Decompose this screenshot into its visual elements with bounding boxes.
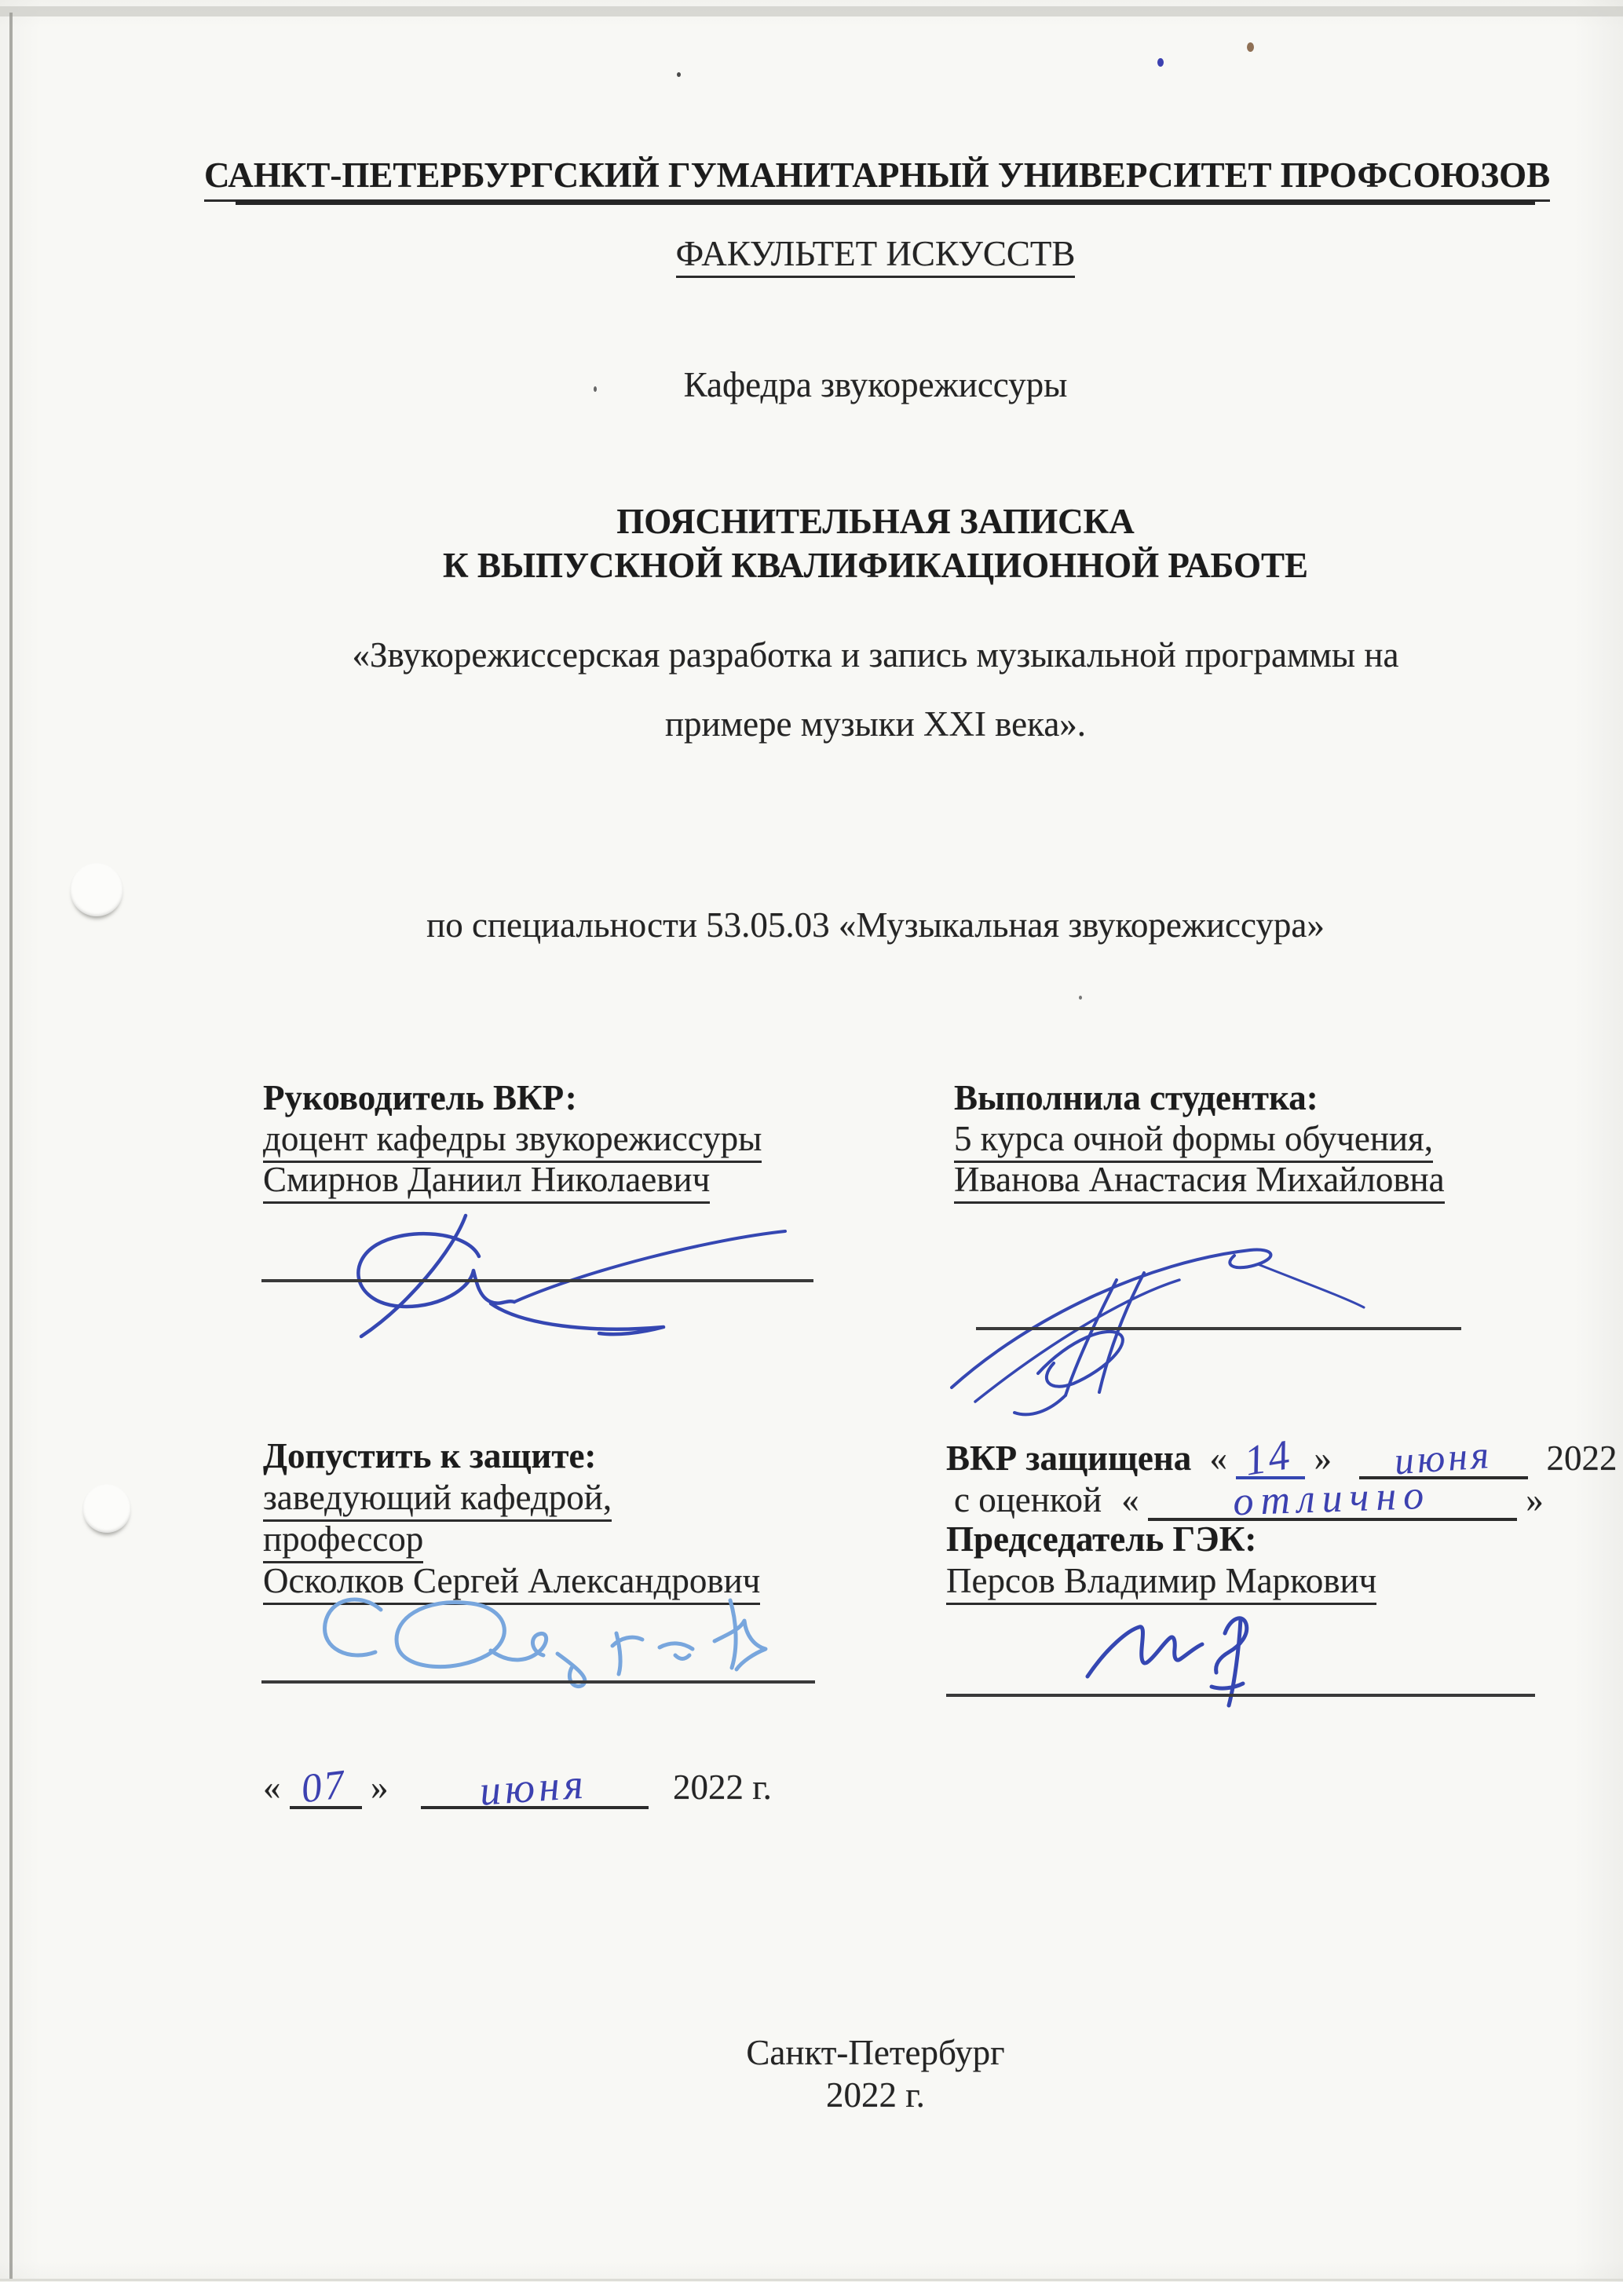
admission-day-handwritten: 07 [299,1764,349,1811]
admission-label: Допустить к защите: [263,1435,760,1477]
defense-day-slot: 14 [1236,1435,1305,1479]
student-label: Выполнила студентка: [954,1077,1445,1118]
supervisor-position: доцент кафедры звукорежиссуры [263,1119,762,1163]
admission-day-slot: 07 [290,1765,362,1809]
speck-brown [1247,42,1254,52]
defense-quote-open: « [1210,1439,1228,1478]
signature-department-head [306,1586,777,1688]
header-rule [236,200,1535,205]
punch-hole-bottom [82,1484,131,1533]
admission-position2-line: профессор [263,1519,760,1560]
chair-label: Председатель ГЭК: [946,1519,1623,1560]
doc-title-text1: ПОЯСНИТЕЛЬНАЯ ЗАПИСКА [616,502,1135,541]
university-header-line: САНКТ-ПЕТЕРБУРГСКИЙ ГУМАНИТАРНЫЙ УНИВЕРС… [204,153,1547,197]
defense-day-handwritten: 14 [1242,1434,1295,1482]
defense-date-line: ВКР защищена « 14 » июня 2022 г. [946,1435,1623,1477]
faculty-line: ФАКУЛЬТЕТ ИСКУССТВ [204,232,1547,276]
defense-block: ВКР защищена « 14 » июня 2022 г. с оценк… [946,1435,1623,1602]
footer-year-line: 2022 г. [204,2073,1547,2117]
scanned-thesis-title-page: САНКТ-ПЕТЕРБУРГСКИЙ ГУМАНИТАРНЫЙ УНИВЕРС… [0,0,1623,2296]
signature-line-student [976,1327,1461,1330]
student-block: Выполнила студентка: 5 курса очной формы… [954,1077,1445,1200]
university-name: САНКТ-ПЕТЕРБУРГСКИЙ ГУМАНИТАРНЫЙ УНИВЕРС… [204,155,1550,202]
supervisor-name-line: Смирнов Даниил Николаевич [263,1159,762,1200]
student-name-line: Иванова Анастасия Михайловна [954,1159,1445,1200]
footer-year: 2022 г. [826,2075,925,2115]
department-name: Кафедра звукорежиссуры [684,365,1068,404]
thesis-title-line2: примере музыки XXI века». [204,702,1547,746]
department-line: Кафедра звукорежиссуры [204,363,1547,407]
thesis-title-line1: «Звукорежиссерская разработка и запись м… [204,633,1547,677]
student-course-line: 5 курса очной формы обучения, [954,1118,1445,1159]
ink-speck-blue [1157,58,1164,67]
grade-label: с оценкой [954,1480,1102,1519]
scanner-background [0,2282,1623,2296]
doc-title-text2: К ВЫПУСКНОЙ КВАЛИФИКАЦИОННОЙ РАБОТЕ [443,546,1308,585]
signature-supervisor [334,1209,821,1343]
defense-month-slot: июня [1359,1435,1528,1479]
chair-name-line: Персов Владимир Маркович [946,1560,1623,1602]
supervisor-name: Смирнов Даниил Николаевич [263,1160,710,1204]
defense-label: ВКР защищена [946,1439,1191,1478]
thesis-title-text2: примере музыки XXI века». [665,704,1086,744]
specialty-text: по специальности 53.05.03 «Музыкальная з… [426,905,1325,945]
admission-date-quote-open: « [263,1768,281,1807]
footer-city-line: Санкт-Петербург [204,2031,1547,2075]
admission-month-slot: июня [421,1765,649,1809]
student-course: 5 курса очной формы обучения, [954,1119,1433,1163]
grade-quote-close: » [1526,1480,1544,1519]
punch-hole-top [70,863,123,916]
grade-quote-open: « [1121,1480,1139,1519]
signature-student [919,1213,1374,1419]
chair-name: Персов Владимир Маркович [946,1561,1376,1605]
speck-dark [677,72,681,77]
signature-line-supervisor [261,1279,813,1282]
signature-line-chairman [946,1694,1535,1697]
admission-position1-line: заведующий кафедрой, [263,1477,760,1519]
faculty-name: ФАКУЛЬТЕТ ИСКУССТВ [676,234,1076,278]
grade-slot: отлично [1148,1477,1517,1521]
admission-date-line: « 07 » июня 2022 г. [263,1765,772,1809]
supervisor-label: Руководитель ВКР: [263,1077,762,1118]
admission-month-handwritten: июня [478,1763,588,1811]
doc-title-line2: К ВЫПУСКНОЙ КВАЛИФИКАЦИОННОЙ РАБОТЕ [204,543,1547,587]
admission-position1: заведующий кафедрой, [263,1478,612,1522]
thesis-title-text1: «Звукорежиссерская разработка и запись м… [353,635,1399,675]
scan-top-edge [0,6,1623,16]
admission-position2: профессор [263,1519,423,1563]
specialty-line: по специальности 53.05.03 «Музыкальная з… [204,903,1547,947]
admission-block: Допустить к защите: заведующий кафедрой,… [263,1435,760,1602]
defense-quote-close: » [1314,1439,1332,1478]
supervisor-block: Руководитель ВКР: доцент кафедры звукоре… [263,1077,762,1200]
speck-gray [1079,996,1082,1000]
admission-date-quote-close: » [371,1768,389,1807]
scan-left-edge [9,13,13,2280]
doc-title-line1: ПОЯСНИТЕЛЬНАЯ ЗАПИСКА [204,499,1547,543]
supervisor-position-line: доцент кафедры звукорежиссуры [263,1118,762,1159]
defense-year: 2022 г. [1547,1439,1623,1478]
signature-line-admission [261,1680,815,1684]
admission-year: 2022 г. [673,1768,772,1807]
paper-bottom-edge [0,2279,1623,2281]
student-name: Иванова Анастасия Михайловна [954,1160,1445,1204]
grade-line: с оценкой « отлично » [946,1477,1623,1519]
grade-handwritten: отлично [1233,1475,1432,1523]
footer-city: Санкт-Петербург [746,2033,1004,2072]
